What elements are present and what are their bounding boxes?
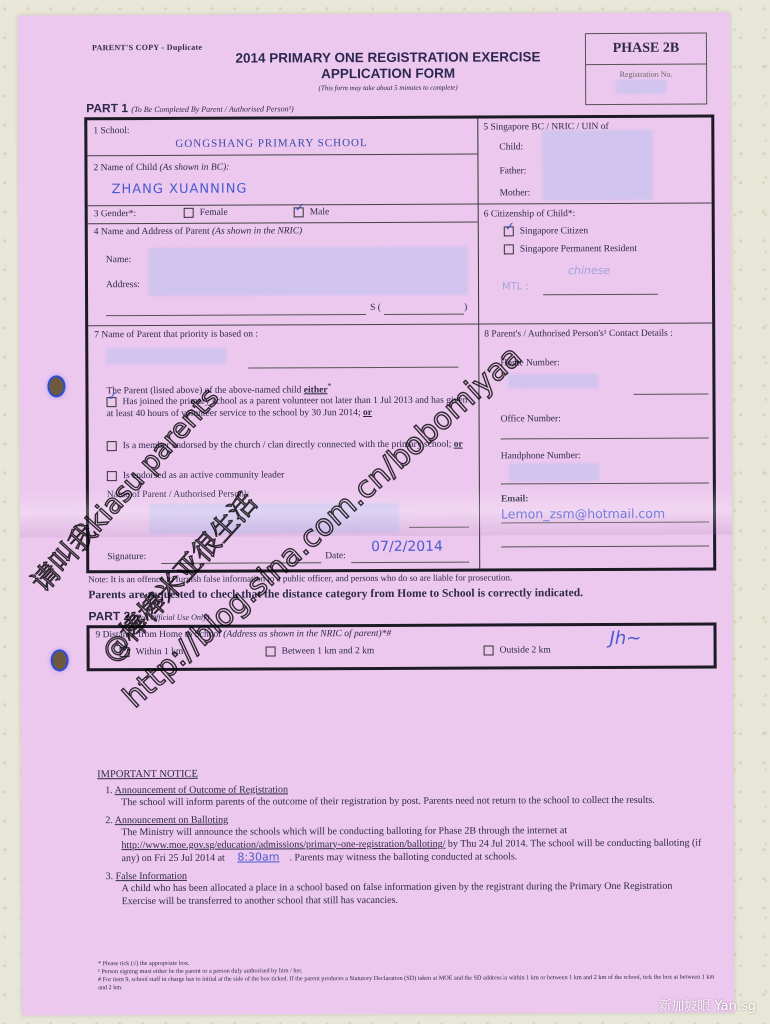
- form-subtitle: (This form may take about 5 minutes to c…: [218, 83, 558, 92]
- outside-2km-label: Outside 2 km: [500, 645, 551, 655]
- date-line: [351, 562, 469, 564]
- redacted-id-numbers: [542, 130, 652, 200]
- priority-intro: The Parent (listed above) of the above-n…: [106, 381, 331, 396]
- parent-label-note: (As shown in the NRIC): [212, 226, 302, 236]
- parent-label-text: 4 Name and Address of Parent: [94, 227, 210, 238]
- pr-option[interactable]: Singapore Permanent Resident: [504, 244, 637, 255]
- extra-line: [501, 546, 709, 548]
- title-line-1: 2014 PRIMARY ONE REGISTRATION EXERCISE: [188, 49, 588, 67]
- notice-1-title: Announcement of Outcome of Registration: [115, 784, 288, 796]
- notice-item-3: 3. False Information A child who has bee…: [106, 868, 708, 908]
- row-divider: [88, 204, 478, 207]
- footnote-item9: # For item 9, school staff in charge has…: [98, 974, 718, 993]
- authorised-line: [409, 527, 469, 528]
- mtl-value[interactable]: chinese: [568, 264, 610, 277]
- notice-2-body: The Ministry will announce the schools w…: [121, 825, 707, 866]
- form-title: 2014 PRIMARY ONE REGISTRATION EXERCISE A…: [188, 49, 588, 83]
- priority-parent-label: 7 Name of Parent that priority is based …: [94, 330, 258, 341]
- priority-name-line: [248, 367, 458, 369]
- handphone-label: Handphone Number:: [501, 451, 581, 461]
- volunteer-or: or: [363, 408, 372, 418]
- postal-prefix: S (: [370, 303, 381, 313]
- female-label: Female: [200, 208, 228, 218]
- staff-initials: Jh~: [609, 628, 641, 649]
- notice-3-title: False Information: [116, 870, 187, 881]
- redacted-home-number: [508, 374, 598, 388]
- copy-label: PARENT'S COPY - Duplicate: [92, 43, 202, 52]
- distance-outside-2km[interactable]: Outside 2 km: [484, 645, 551, 655]
- postal-line: [384, 314, 464, 315]
- phase-label: PHASE 2B: [586, 34, 706, 66]
- child-name-label-text: 2 Name of Child: [93, 163, 157, 173]
- notice-2-num: 2.: [105, 815, 113, 826]
- church-or: or: [454, 440, 463, 450]
- distance-label-note: (Address as shown in the NRIC of parent)…: [223, 629, 391, 640]
- male-label: Male: [310, 207, 330, 217]
- child-name-note: (As shown in BC):: [159, 163, 229, 173]
- notice-2-body-c: . Parents may witness the balloting cond…: [289, 851, 517, 863]
- footnotes: * Please tick (√) the appropriate box. ¹…: [98, 958, 718, 993]
- citizen-checkbox[interactable]: [504, 226, 514, 236]
- part1-heading: PART 1 (To Be Completed By Parent / Auth…: [86, 100, 294, 115]
- date-value[interactable]: 07/2/2014: [371, 539, 443, 555]
- pr-label: Singapore Permanent Resident: [520, 244, 637, 255]
- row-divider: [478, 203, 712, 205]
- notice-1-body: The school will inform parents of the ou…: [121, 795, 707, 810]
- citizenship-label: 6 Citizenship of Child*:: [484, 209, 576, 219]
- citizen-label: Singapore Citizen: [520, 226, 588, 236]
- parent-name-address-label: 4 Name and Address of Parent (As shown i…: [94, 226, 302, 237]
- gender-option-female[interactable]: Female: [184, 208, 228, 218]
- volunteer-text: Has joined the primary school as a paren…: [107, 396, 468, 420]
- mtl-label: MTL :: [502, 281, 529, 292]
- notice-2-title: Announcement on Balloting: [115, 814, 228, 825]
- contact-label: 8 Parent's / Authorised Person's¹ Contac…: [484, 328, 704, 341]
- school-value[interactable]: GONGSHANG PRIMARY SCHOOL: [175, 137, 367, 150]
- column-divider: [477, 119, 480, 569]
- balloting-time-value[interactable]: 8:30am: [227, 850, 289, 863]
- notice-3-num: 3.: [106, 871, 114, 882]
- church-checkbox[interactable]: [107, 441, 117, 451]
- important-notice: IMPORTANT NOTICE 1. Announcement of Outc…: [97, 767, 708, 914]
- phase-box: PHASE 2B Registration No.: [585, 33, 707, 106]
- home-number-line: [633, 394, 708, 395]
- child-id-label: Child:: [499, 142, 523, 152]
- male-checkbox[interactable]: [294, 207, 304, 217]
- between-1-2km-checkbox[interactable]: [266, 646, 276, 656]
- citizen-option[interactable]: Singapore Citizen: [504, 226, 588, 237]
- mother-id-label: Mother:: [500, 188, 531, 198]
- between-1-2km-label: Between 1 km and 2 km: [282, 646, 375, 656]
- part1-title: PART 1: [86, 101, 128, 115]
- outside-2km-checkbox[interactable]: [484, 645, 494, 655]
- redacted-parent-name-address: [148, 247, 468, 296]
- row-divider: [87, 154, 477, 157]
- redacted-handphone: [509, 463, 599, 481]
- postal-suffix: ): [464, 303, 467, 313]
- child-name-label: 2 Name of Child (As shown in BC):: [93, 163, 229, 174]
- priority-intro-emph: either: [304, 385, 328, 395]
- part1-note: (To Be Completed By Parent / Authorised …: [131, 104, 293, 114]
- balloting-link[interactable]: http://www.moe.gov.sg/education/admissio…: [121, 838, 445, 850]
- row-divider: [88, 323, 712, 327]
- title-line-2: APPLICATION FORM: [188, 65, 588, 83]
- volunteer-checkbox[interactable]: [106, 397, 116, 407]
- date-label: Date:: [325, 551, 346, 561]
- notice-1-num: 1.: [105, 785, 113, 796]
- notice-item-1: 1. Announcement of Outcome of Registrati…: [105, 782, 707, 810]
- email-line: [501, 522, 709, 524]
- redacted-registration-no: [616, 80, 666, 94]
- redacted-priority-parent: [106, 348, 226, 365]
- gender-label: 3 Gender*:: [94, 209, 137, 219]
- handphone-line: [501, 483, 709, 485]
- address-line: [106, 314, 366, 316]
- corner-watermark: 新加坡眼 Yan.sg: [658, 995, 756, 1014]
- father-id-label: Father:: [499, 166, 526, 176]
- punch-hole-bottom: [53, 651, 67, 669]
- notice-2-body-a: The Ministry will announce the schools w…: [121, 825, 567, 838]
- part1-box: 1 School: GONGSHANG PRIMARY SCHOOL 2 Nam…: [84, 115, 716, 574]
- row-divider: [88, 222, 478, 225]
- address-label: Address:: [106, 280, 140, 290]
- female-checkbox[interactable]: [184, 208, 194, 218]
- registration-no-label: Registration No.: [586, 70, 706, 80]
- signature-label: Signature:: [107, 552, 146, 562]
- email-label: Email:: [501, 494, 528, 504]
- gender-option-male[interactable]: Male: [294, 207, 330, 217]
- name-label: Name:: [106, 255, 131, 265]
- office-number-line: [501, 438, 709, 440]
- punch-hole-top: [49, 377, 63, 395]
- child-name-value[interactable]: ZHANG XUANNING: [112, 182, 248, 198]
- mtl-line: [543, 294, 658, 296]
- notice-heading: IMPORTANT NOTICE: [97, 767, 707, 782]
- school-label: 1 School:: [93, 126, 129, 136]
- email-value[interactable]: Lemon_zsm@hotmail.com: [501, 506, 665, 522]
- office-number-label: Office Number:: [501, 414, 561, 424]
- pr-checkbox[interactable]: [504, 244, 514, 254]
- notice-item-2: 2. Announcement on Balloting The Ministr…: [105, 812, 707, 866]
- distance-1-to-2km[interactable]: Between 1 km and 2 km: [266, 646, 375, 657]
- notice-3-body: A child who has been allocated a place i…: [122, 881, 708, 909]
